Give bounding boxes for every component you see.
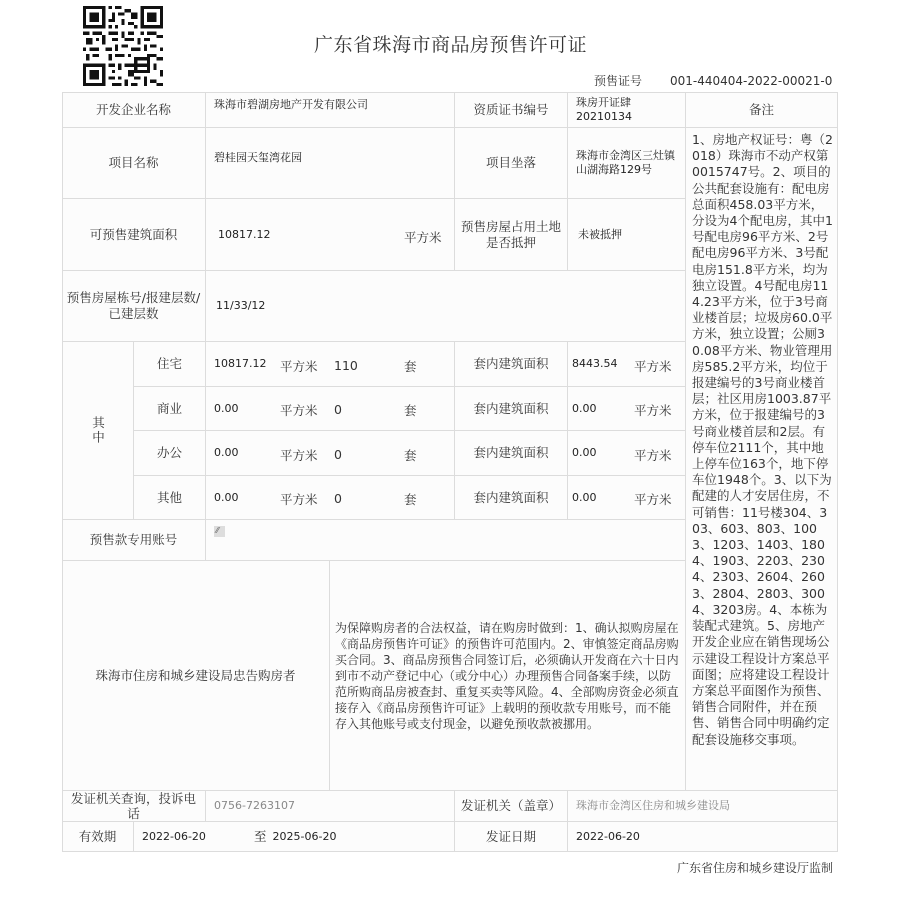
breakdown-inner-unit: 平方米 (634, 401, 672, 419)
permit-table: 开发企业名称 珠海市碧湖房地产开发有限公司 资质证书编号 珠房开证肆 20210… (62, 92, 838, 852)
breakdown-inner-label: 套内建筑面积 (455, 387, 568, 431)
cert-number-value: 001-440404-2022-00021-0 (670, 74, 832, 88)
breakdown-type: 商业 (134, 387, 206, 431)
building-label: 预售房屋栋号/报建层数/已建层数 (62, 271, 206, 342)
validity-to: 2025-06-20 (273, 829, 337, 845)
breakdown-area-unit: 平方米 (280, 401, 318, 419)
breakdown-inner-unit: 平方米 (634, 490, 672, 508)
breakdown-inner-unit: 平方米 (634, 357, 672, 375)
hotline-value: 0756-7263107 (206, 791, 455, 822)
advice-label: 珠海市住房和城乡建设局忠告购房者 (62, 561, 330, 791)
remarks-text: 1、房地产权证号：粤（2018）珠海市不动产权第0015747号。2、项目的公共… (686, 128, 838, 791)
remarks-header: 备注 (686, 92, 838, 128)
qualification-value: 珠房开证肆 20210134 (568, 92, 686, 128)
validity-label: 有效期 (62, 822, 134, 852)
issuer-value: 珠海市金湾区住房和城乡建设局 (568, 791, 838, 822)
project-label: 项目名称 (62, 128, 206, 199)
breakdown-inner-unit: 平方米 (634, 446, 672, 464)
breakdown-label: 其中 (62, 342, 134, 520)
account-label: 预售款专用账号 (62, 520, 206, 561)
breakdown-inner-label: 套内建筑面积 (455, 476, 568, 520)
breakdown-units: 0 (334, 402, 342, 417)
breakdown-area: 0.00 (206, 387, 455, 431)
presale-area-unit: 平方米 (404, 228, 442, 246)
page-title: 广东省珠海市商品房预售许可证 (0, 30, 901, 57)
developer-label: 开发企业名称 (62, 92, 206, 128)
validity-range: 2022-06-20 至 2025-06-20 (134, 822, 455, 852)
qualification-label: 资质证书编号 (455, 92, 568, 128)
footer-supervisor: 广东省住房和城乡建设厅监制 (677, 859, 833, 876)
location-value: 珠海市金湾区三灶镇山湖海路129号 (568, 128, 686, 199)
validity-from: 2022-06-20 (142, 829, 254, 845)
breakdown-units-unit: 套 (404, 446, 417, 464)
mortgage-label: 预售房屋占用土地是否抵押 (455, 199, 568, 271)
location-label: 项目坐落 (455, 128, 568, 199)
advice-text: 为保障购房者的合法权益，请在购房时做到：1、确认拟购房屋在《商品房预售许可证》的… (330, 561, 686, 791)
breakdown-type: 其他 (134, 476, 206, 520)
breakdown-units-unit: 套 (404, 490, 417, 508)
broken-image-icon (214, 526, 225, 537)
cert-number-label: 预售证号 (594, 72, 670, 89)
presale-area-label: 可预售建筑面积 (62, 199, 206, 271)
breakdown-area-unit: 平方米 (280, 490, 318, 508)
breakdown-inner-label: 套内建筑面积 (455, 431, 568, 476)
issuer-label: 发证机关（盖章） (455, 791, 568, 822)
breakdown-units: 0 (334, 491, 342, 506)
breakdown-units-unit: 套 (404, 357, 417, 375)
hotline-label: 发证机关查询，投诉电话 (62, 791, 206, 822)
mortgage-value: 未被抵押 (568, 199, 686, 271)
breakdown-area-unit: 平方米 (280, 446, 318, 464)
breakdown-inner-label: 套内建筑面积 (455, 342, 568, 387)
breakdown-type: 办公 (134, 431, 206, 476)
breakdown-area: 10817.12 (206, 342, 455, 387)
issue-date-value: 2022-06-20 (568, 822, 838, 852)
developer-value: 珠海市碧湖房地产开发有限公司 (206, 92, 455, 128)
breakdown-units: 110 (334, 358, 358, 373)
project-value: 碧桂园天玺湾花园 (206, 128, 455, 199)
breakdown-area: 0.00 (206, 431, 455, 476)
validity-to-label: 至 (254, 829, 267, 845)
breakdown-area-unit: 平方米 (280, 357, 318, 375)
issue-date-label: 发证日期 (455, 822, 568, 852)
breakdown-type: 住宅 (134, 342, 206, 387)
breakdown-area: 0.00 (206, 476, 455, 520)
cert-number: 预售证号001-440404-2022-00021-0 (594, 72, 832, 89)
account-value (206, 520, 686, 561)
breakdown-units: 0 (334, 447, 342, 462)
building-value: 11/33/12 (206, 271, 686, 342)
breakdown-units-unit: 套 (404, 401, 417, 419)
